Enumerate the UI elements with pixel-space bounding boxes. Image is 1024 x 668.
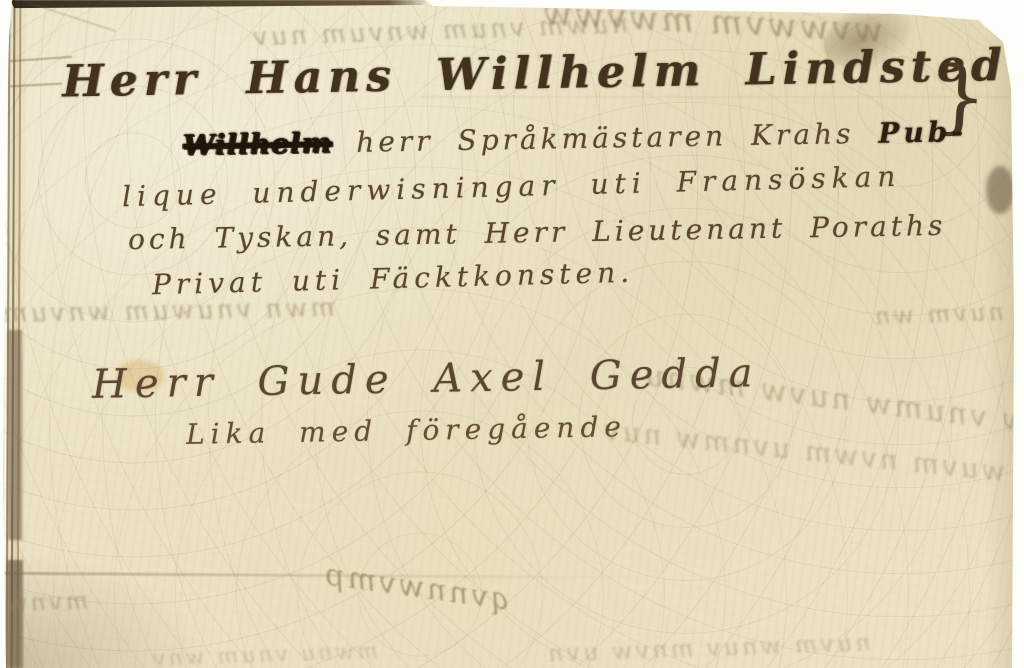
top-page-edge [10,0,430,9]
bleed-through-writing: mwn vnuwum wnvum [0,293,335,329]
crease-line [420,96,1010,98]
bleed-through-writing: qvnnwvmp [320,557,512,618]
page-edge-shadow [8,330,22,540]
bleed-through-writing: wvwwvm mwvww [539,0,884,51]
entry2-salutation: Herr [92,360,222,408]
entry1-body-line3: lique underwisningar uti Fransöskan [122,160,902,213]
entry2-note: Lika med föregående [186,410,627,451]
struck-out-word: Willhelm [183,126,333,162]
entry1-body-line5: Privat uti Fäcktkonsten. [152,256,635,302]
edge-shading [984,0,1024,668]
ink-speck [988,14,993,23]
entry1-line2-text: herr Språkmästaren Krahs [356,117,855,159]
fold-shadow [0,538,230,668]
bleed-through-writing: nuvm wnuv mnvw uvn [545,628,872,667]
entry1-salutation: Herr [62,54,203,107]
entry2-heading: Herr Gude Axel Gedda [92,350,761,408]
entry2-name: Gude Axel Gedda [257,350,761,405]
entry1-body-line4: och Tyskan, samt Herr Lieutenant Poraths [128,209,947,256]
entry1-body-line2: Willhelm herr Språkmästaren Krahs Pub- [183,115,967,162]
entry1-name: Hans Willhelm Lindstedt [246,40,1024,105]
spacer [202,93,246,94]
paper-stain [116,360,164,392]
bleed-through-writing: wuvm nvwm uvnmw nuv [599,413,1007,488]
manuscript-scan: nuwm vnum wnvum nuv wvwwvm mwvww mwn vnu… [0,0,1024,668]
paper-sheet: nuwm vnum wnvum nuv wvwwvm mwvww mwn vnu… [0,0,1024,668]
bleed-through-writing: nuwm vnum wnvum nuv [250,9,629,52]
bleed-through-writing: munw vnumw nuvw mwnu [640,358,1024,449]
ink-blot [815,0,920,79]
entry1-line2-dark-word: Pub- [878,115,967,150]
